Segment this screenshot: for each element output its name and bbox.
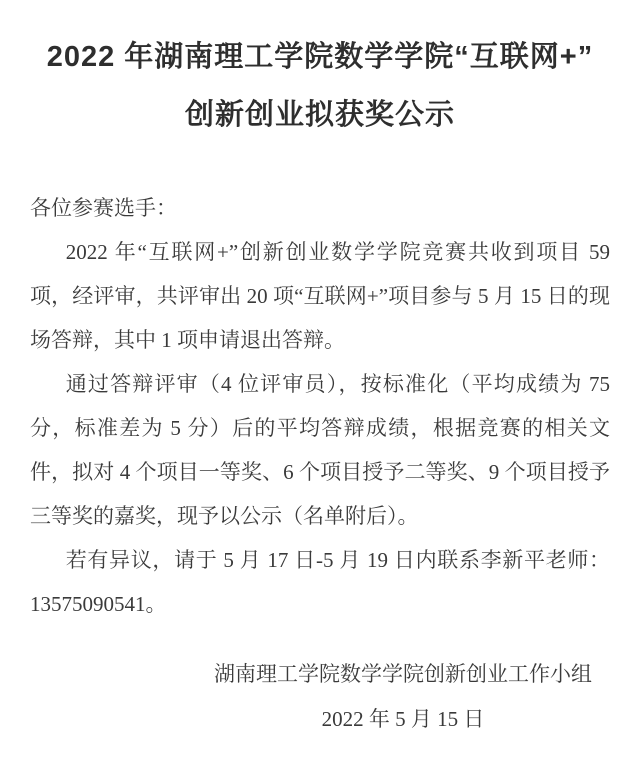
signature-date: 2022 年 5 月 15 日 (214, 697, 592, 742)
salutation: 各位参赛选手： (30, 186, 610, 230)
document-body: 各位参赛选手： 2022 年“互联网+”创新创业数学学院竞赛共收到项目 59 项… (30, 186, 610, 626)
notice-document-page: 2022 年湖南理工学院数学学院“互联网+” 创新创业拟获奖公示 各位参赛选手：… (0, 0, 642, 758)
signoff-block: 湖南理工学院数学学院创新创业工作小组 2022 年 5 月 15 日 (30, 652, 610, 742)
document-title-line-2: 创新创业拟获奖公示 (30, 86, 610, 144)
paragraph-contact-info: 若有异议，请于 5 月 17 日-5 月 19 日内联系李新平老师：135750… (30, 538, 610, 626)
paragraph-competition-overview: 2022 年“互联网+”创新创业数学学院竞赛共收到项目 59 项，经评审，共评审… (30, 230, 610, 362)
document-title-line-1: 2022 年湖南理工学院数学学院“互联网+” (30, 28, 610, 86)
paragraph-award-results: 通过答辩评审（4 位评审员），按标准化（平均成绩为 75 分，标准差为 5 分）… (30, 362, 610, 538)
document-title: 2022 年湖南理工学院数学学院“互联网+” 创新创业拟获奖公示 (30, 28, 610, 144)
signoff-inner: 湖南理工学院数学学院创新创业工作小组 2022 年 5 月 15 日 (214, 652, 592, 742)
signature-organization: 湖南理工学院数学学院创新创业工作小组 (214, 652, 592, 697)
